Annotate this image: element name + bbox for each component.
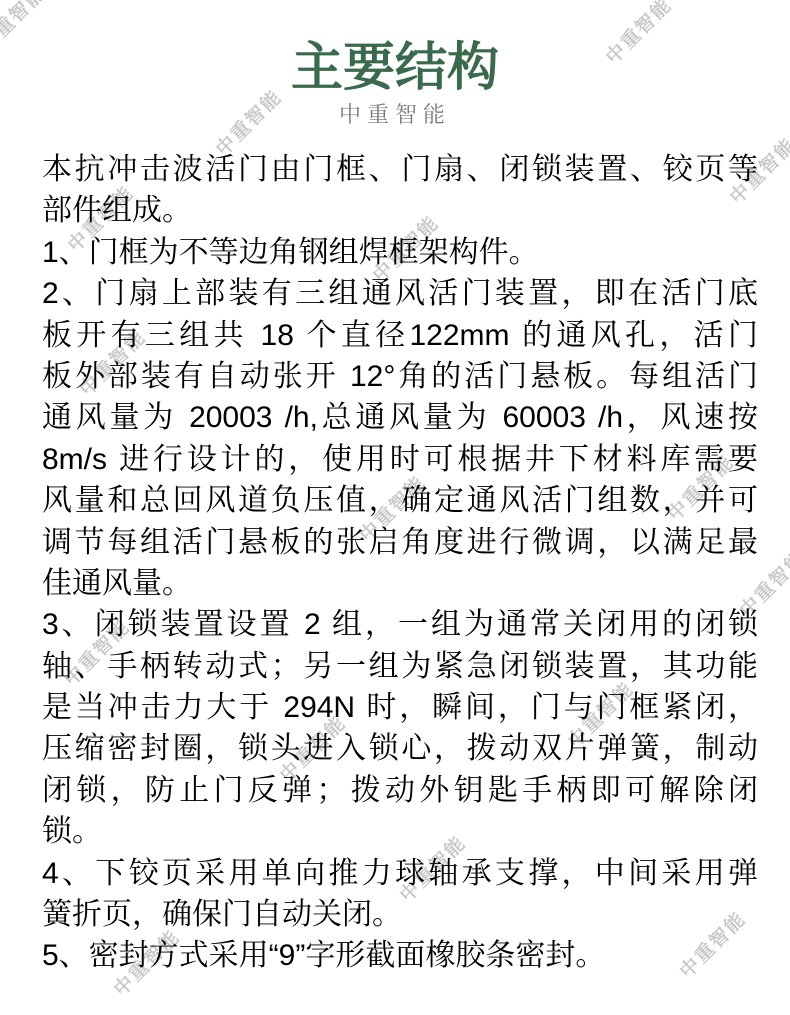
text-line: 8m/s 进行设计的，使用时可根据井下材料库需要 bbox=[42, 439, 758, 480]
text-line: 1、门框为不等边角钢组焊框架构件。 bbox=[42, 232, 758, 273]
text-line: 2、门扇上部装有三组通风活门装置，即在活门底 bbox=[42, 273, 758, 314]
page-subtitle: 中重智能 bbox=[0, 101, 790, 129]
text-line: 部件组成。 bbox=[42, 190, 758, 231]
text-line: 轴、手柄转动式；另一组为紧急闭锁装置，其功能 bbox=[42, 646, 758, 687]
text-line: 4、下铰页采用单向推力球轴承支撑，中间采用弹 bbox=[42, 853, 758, 894]
text-line: 5、密封方式采用“9”字形截面橡胶条密封。 bbox=[42, 935, 758, 976]
text-line: 板开有三组共 18 个直径122mm 的通风孔，活门 bbox=[42, 315, 758, 356]
text-line: 闭锁，防止门反弹；拨动外钥匙手柄即可解除闭 bbox=[42, 770, 758, 811]
text-line: 3、闭锁装置设置 2 组，一组为通常关闭用的闭锁 bbox=[42, 604, 758, 645]
text-line: 簧折页，确保门自动关闭。 bbox=[42, 894, 758, 935]
text-line: 通风量为 20003 /h,总通风量为 60003 /h，风速按 bbox=[42, 397, 758, 438]
text-line: 板外部装有自动张开 12°角的活门悬板。每组活门 bbox=[42, 356, 758, 397]
text-line: 调节每组活门悬板的张启角度进行微调，以满足最 bbox=[42, 522, 758, 563]
body-text: 本抗冲击波活门由门框、门扇、闭锁装置、铰页等部件组成。1、门框为不等边角钢组焊框… bbox=[42, 149, 758, 977]
text-line: 锁。 bbox=[42, 811, 758, 852]
document-page: 中重智能中重智能中重智能中重智能中重智能中重智能中重智能中重智能中重智能中重智能… bbox=[0, 0, 790, 1015]
text-line: 是当冲击力大于 294N 时，瞬间，门与门框紧闭， bbox=[42, 687, 758, 728]
text-line: 压缩密封圈，锁头进入锁心，拨动双片弹簧，制动 bbox=[42, 728, 758, 769]
page-title: 主要结构 bbox=[0, 38, 790, 98]
text-line: 风量和总回风道负压值，确定通风活门组数，并可 bbox=[42, 480, 758, 521]
text-line: 佳通风量。 bbox=[42, 563, 758, 604]
text-line: 本抗冲击波活门由门框、门扇、闭锁装置、铰页等 bbox=[42, 149, 758, 190]
